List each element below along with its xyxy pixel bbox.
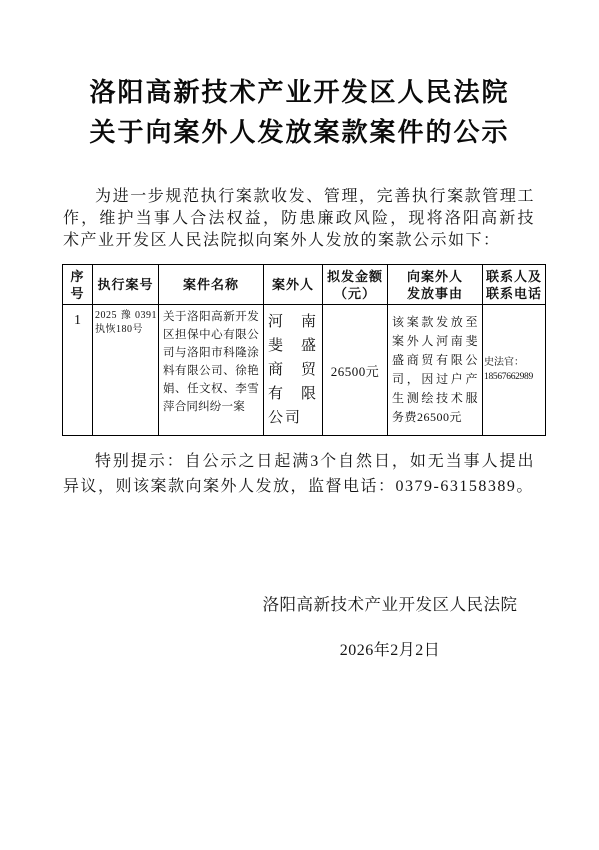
column-header-seq: 序号 <box>63 265 93 305</box>
column-header-case-name: 案件名称 <box>159 265 264 305</box>
table-header-row: 序号 执行案号 案件名称 案外人 拟发金额 （元） 向案外人 发放事由 联系人及… <box>63 265 546 305</box>
case-funds-table: 序号 执行案号 案件名称 案外人 拟发金额 （元） 向案外人 发放事由 联系人及… <box>62 264 546 436</box>
cell-case-name: 关于洛阳高新开发区担保中心有限公司与洛阳市科隆涂料有限公司、徐艳娟、任文权、李雪… <box>159 305 264 436</box>
cell-outsider: 河南斐盛商贸有限公司 <box>264 305 323 436</box>
court-signature: 洛阳高新技术产业开发区人民法院 <box>180 591 599 615</box>
cell-contact: 史法官： 18567662989 <box>483 305 546 436</box>
document-title: 洛阳高新技术产业开发区人民法院 关于向案外人发放案款案件的公示 <box>0 72 599 152</box>
cell-seq: 1 <box>63 305 93 436</box>
document-title-line1: 洛阳高新技术产业开发区人民法院 <box>0 72 599 112</box>
column-header-amount: 拟发金额 （元） <box>323 265 388 305</box>
notice-document-page: 洛阳高新技术产业开发区人民法院 关于向案外人发放案款案件的公示 为进一步规范执行… <box>0 0 599 850</box>
cell-case-no: 2025豫0391执恢180号 <box>93 305 159 436</box>
column-header-contact: 联系人及 联系电话 <box>483 265 546 305</box>
cell-amount: 26500元 <box>323 305 388 436</box>
contact-name: 史法官： <box>484 356 545 370</box>
column-header-outsider: 案外人 <box>264 265 323 305</box>
intro-paragraph: 为进一步规范执行案款收发、管理，完善执行案款管理工作，维护当事人合法权益，防患廉… <box>63 186 535 252</box>
cell-reason: 该案款发放至案外人河南斐盛商贸有限公司，因过户产生测绘技术服务费26500元 <box>388 305 483 436</box>
column-header-reason: 向案外人 发放事由 <box>388 265 483 305</box>
contact-phone: 18567662989 <box>484 370 545 384</box>
document-title-line2: 关于向案外人发放案款案件的公示 <box>0 112 599 152</box>
document-date: 2026年2月2日 <box>180 637 599 660</box>
table-row: 1 2025豫0391执恢180号 关于洛阳高新开发区担保中心有限公司与洛阳市科… <box>63 305 546 436</box>
special-notice-paragraph: 特别提示：自公示之日起满3个自然日，如无当事人提出异议，则该案款向案外人发放，监… <box>63 449 535 499</box>
signature-block: 洛阳高新技术产业开发区人民法院 2026年2月2日 <box>180 591 599 660</box>
column-header-case-no: 执行案号 <box>93 265 159 305</box>
